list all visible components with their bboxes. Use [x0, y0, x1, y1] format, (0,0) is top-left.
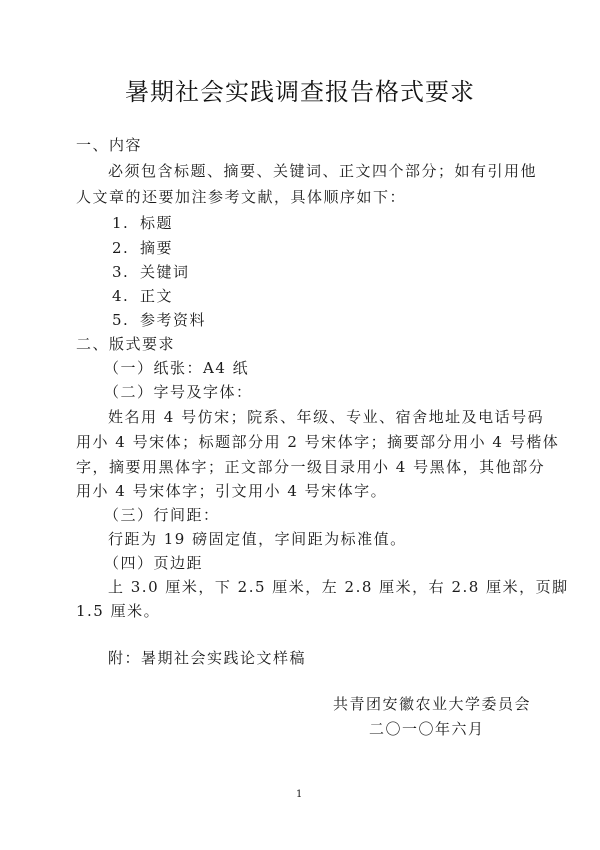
list-item: 3.关键词 [112, 261, 190, 282]
page-number: 1 [296, 789, 302, 800]
signature-organization: 共青团安徽农业大学委员会 [333, 693, 531, 714]
document-title: 暑期社会实践调查报告格式要求 [0, 72, 600, 107]
list-label: 标题 [140, 214, 173, 232]
signature-date: 二〇一〇年六月 [369, 718, 485, 739]
list-number: 3. [112, 263, 140, 281]
list-number: 5. [112, 311, 140, 329]
list-label: 参考资料 [140, 311, 206, 329]
paragraph-line: 字，摘要用黑体字；正文部分一级目录用小 4 号黑体，其他部分 [76, 456, 545, 477]
paragraph-line: 上 3.0 厘米，下 2.5 厘米，左 2.8 厘米，右 2.8 厘米，页脚 [108, 576, 569, 597]
paragraph-line: 行距为 19 磅固定值，字间距为标准值。 [108, 528, 407, 549]
appendix-note: 附：暑期社会实践论文样稿 [108, 647, 306, 668]
list-label: 正文 [140, 287, 173, 305]
subheading-font: （二）字号及字体： [104, 381, 253, 402]
section-heading-content: 一、内容 [76, 134, 142, 155]
list-item: 1.标题 [112, 212, 173, 233]
paragraph-line: 姓名用 4 号仿宋；院系、年级、专业、宿舍地址及电话号码 [108, 406, 544, 427]
document-page: 暑期社会实践调查报告格式要求 一、内容 必须包含标题、摘要、关键词、正文四个部分… [0, 0, 600, 850]
paragraph-line: 必须包含标题、摘要、关键词、正文四个部分；如有引用他 [108, 160, 537, 181]
subheading-spacing: （三）行间距： [104, 504, 220, 525]
subheading-paper: （一）纸张：A4 纸 [104, 357, 249, 378]
paragraph-line: 人文章的还要加注参考文献，具体顺序如下： [76, 186, 406, 207]
list-item: 4.正文 [112, 285, 173, 306]
list-number: 4. [112, 287, 140, 305]
list-item: 5.参考资料 [112, 309, 206, 330]
list-label: 摘要 [140, 239, 173, 257]
paragraph-line: 1.5 厘米。 [76, 600, 160, 621]
section-heading-format: 二、版式要求 [76, 333, 175, 354]
list-item: 2.摘要 [112, 237, 173, 258]
list-label: 关键词 [140, 263, 190, 281]
list-number: 2. [112, 239, 140, 257]
subheading-margin: （四）页边距 [104, 552, 203, 573]
paragraph-line: 用小 4 号宋体字；引文用小 4 号宋体字。 [76, 480, 387, 501]
list-number: 1. [112, 214, 140, 232]
paragraph-line: 用小 4 号宋体；标题部分用 2 号宋体字；摘要部分用小 4 号楷体 [76, 431, 559, 452]
